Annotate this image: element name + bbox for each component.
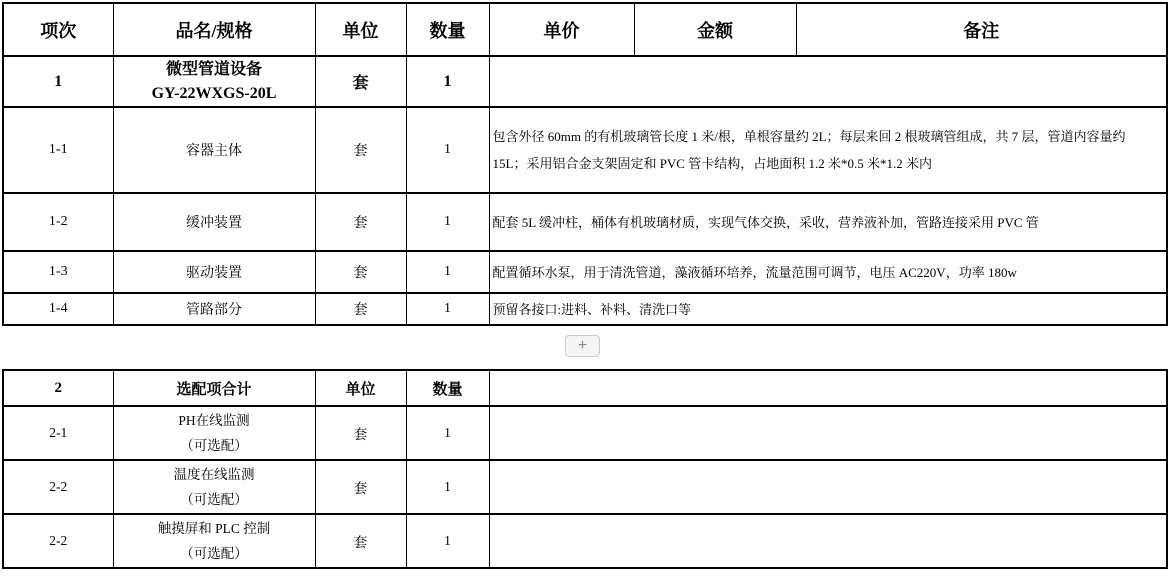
cell-remarks xyxy=(489,406,1167,460)
cell-unit: 套 xyxy=(315,406,406,460)
cell-item-no: 1-2 xyxy=(3,193,113,251)
add-row-button[interactable]: + xyxy=(565,335,600,357)
cell-quantity: 1 xyxy=(406,251,489,293)
optional-header-row: 2 选配项合计 单位 数量 xyxy=(3,370,1167,406)
cell-item-no: 2-2 xyxy=(3,514,113,568)
cell-quantity: 1 xyxy=(406,514,489,568)
cell-remarks xyxy=(489,370,1167,406)
cell-product-name: 温度在线监测 （可选配） xyxy=(113,460,315,514)
cell-item-no: 2-1 xyxy=(3,406,113,460)
table-row: 1 微型管道设备 GY-22WXGS-20L 套 1 xyxy=(3,56,1167,107)
cell-quantity: 1 xyxy=(406,460,489,514)
product-name-line1: 微型管道设备 xyxy=(114,58,315,82)
cell-product-name: 容器主体 xyxy=(113,107,315,193)
header-quantity: 数量 xyxy=(406,370,489,406)
header-amount: 金额 xyxy=(634,3,796,56)
cell-item-no: 1 xyxy=(3,56,113,107)
option-name-line1: PH在线监测 xyxy=(114,408,315,433)
header-remarks: 备注 xyxy=(796,3,1167,56)
cell-group-title: 选配项合计 xyxy=(113,370,315,406)
cell-unit: 套 xyxy=(315,251,406,293)
cell-unit: 套 xyxy=(315,460,406,514)
cell-product-name: 驱动装置 xyxy=(113,251,315,293)
cell-product-name: 缓冲装置 xyxy=(113,193,315,251)
cell-unit: 套 xyxy=(315,514,406,568)
cell-item-no: 2 xyxy=(3,370,113,406)
option-name-line1: 触摸屏和 PLC 控制 xyxy=(114,516,315,541)
header-unit: 单位 xyxy=(315,370,406,406)
option-name-line2: （可选配） xyxy=(114,541,315,566)
cell-remarks: 预留各接口:进料、补料、清洗口等 xyxy=(489,293,1167,325)
cell-remarks xyxy=(489,56,1167,107)
option-name-line2: （可选配） xyxy=(114,433,315,458)
cell-remarks xyxy=(489,460,1167,514)
table-row: 1-1 容器主体 套 1 包含外径 60mm 的有机玻璃管长度 1 米/根，单根… xyxy=(3,107,1167,193)
cell-unit: 套 xyxy=(315,56,406,107)
table-row: 1-2 缓冲装置 套 1 配套 5L 缓冲柱，桶体有机玻璃材质，实现气体交换，采… xyxy=(3,193,1167,251)
cell-item-no: 1-3 xyxy=(3,251,113,293)
header-product-spec: 品名/规格 xyxy=(113,3,315,56)
header-quantity: 数量 xyxy=(406,3,489,56)
cell-quantity: 1 xyxy=(406,293,489,325)
cell-remarks xyxy=(489,514,1167,568)
option-name-line2: （可选配） xyxy=(114,487,315,512)
header-item-no: 项次 xyxy=(3,3,113,56)
cell-unit: 套 xyxy=(315,193,406,251)
equipment-spec-table: 项次 品名/规格 单位 数量 单价 金额 备注 1 微型管道设备 GY-22WX… xyxy=(2,2,1168,326)
cell-product-name: 管路部分 xyxy=(113,293,315,325)
cell-remarks: 配套 5L 缓冲柱，桶体有机玻璃材质，实现气体交换，采收，营养液补加，管路连接采… xyxy=(489,193,1167,251)
cell-quantity: 1 xyxy=(406,193,489,251)
option-name-line1: 温度在线监测 xyxy=(114,462,315,487)
cell-quantity: 1 xyxy=(406,107,489,193)
header-unit-price: 单价 xyxy=(489,3,634,56)
cell-item-no: 2-2 xyxy=(3,460,113,514)
cell-item-no: 1-4 xyxy=(3,293,113,325)
cell-remarks: 配置循环水泵，用于清洗管道，藻液循环培养，流量范围可调节，电压 AC220V，功… xyxy=(489,251,1167,293)
cell-unit: 套 xyxy=(315,293,406,325)
table-row: 1-4 管路部分 套 1 预留各接口:进料、补料、清洗口等 xyxy=(3,293,1167,325)
table-row: 2-1 PH在线监测 （可选配） 套 1 xyxy=(3,406,1167,460)
header-unit: 单位 xyxy=(315,3,406,56)
optional-items-table: 2 选配项合计 单位 数量 2-1 PH在线监测 （可选配） 套 1 2-2 温… xyxy=(2,369,1168,569)
table-row: 1-3 驱动装置 套 1 配置循环水泵，用于清洗管道，藻液循环培养，流量范围可调… xyxy=(3,251,1167,293)
cell-product-name: 触摸屏和 PLC 控制 （可选配） xyxy=(113,514,315,568)
table-row: 2-2 温度在线监测 （可选配） 套 1 xyxy=(3,460,1167,514)
cell-unit: 套 xyxy=(315,107,406,193)
cell-quantity: 1 xyxy=(406,56,489,107)
table-header-row: 项次 品名/规格 单位 数量 单价 金额 备注 xyxy=(3,3,1167,56)
cell-quantity: 1 xyxy=(406,406,489,460)
cell-product-name: PH在线监测 （可选配） xyxy=(113,406,315,460)
cell-remarks: 包含外径 60mm 的有机玻璃管长度 1 米/根，单根容量约 2L；每层来回 2… xyxy=(489,107,1167,193)
cell-item-no: 1-1 xyxy=(3,107,113,193)
product-model-line2: GY-22WXGS-20L xyxy=(114,82,315,106)
cell-product-name: 微型管道设备 GY-22WXGS-20L xyxy=(113,56,315,107)
document-canvas: 项次 品名/规格 单位 数量 单价 金额 备注 1 微型管道设备 GY-22WX… xyxy=(0,0,1170,581)
table-row: 2-2 触摸屏和 PLC 控制 （可选配） 套 1 xyxy=(3,514,1167,568)
